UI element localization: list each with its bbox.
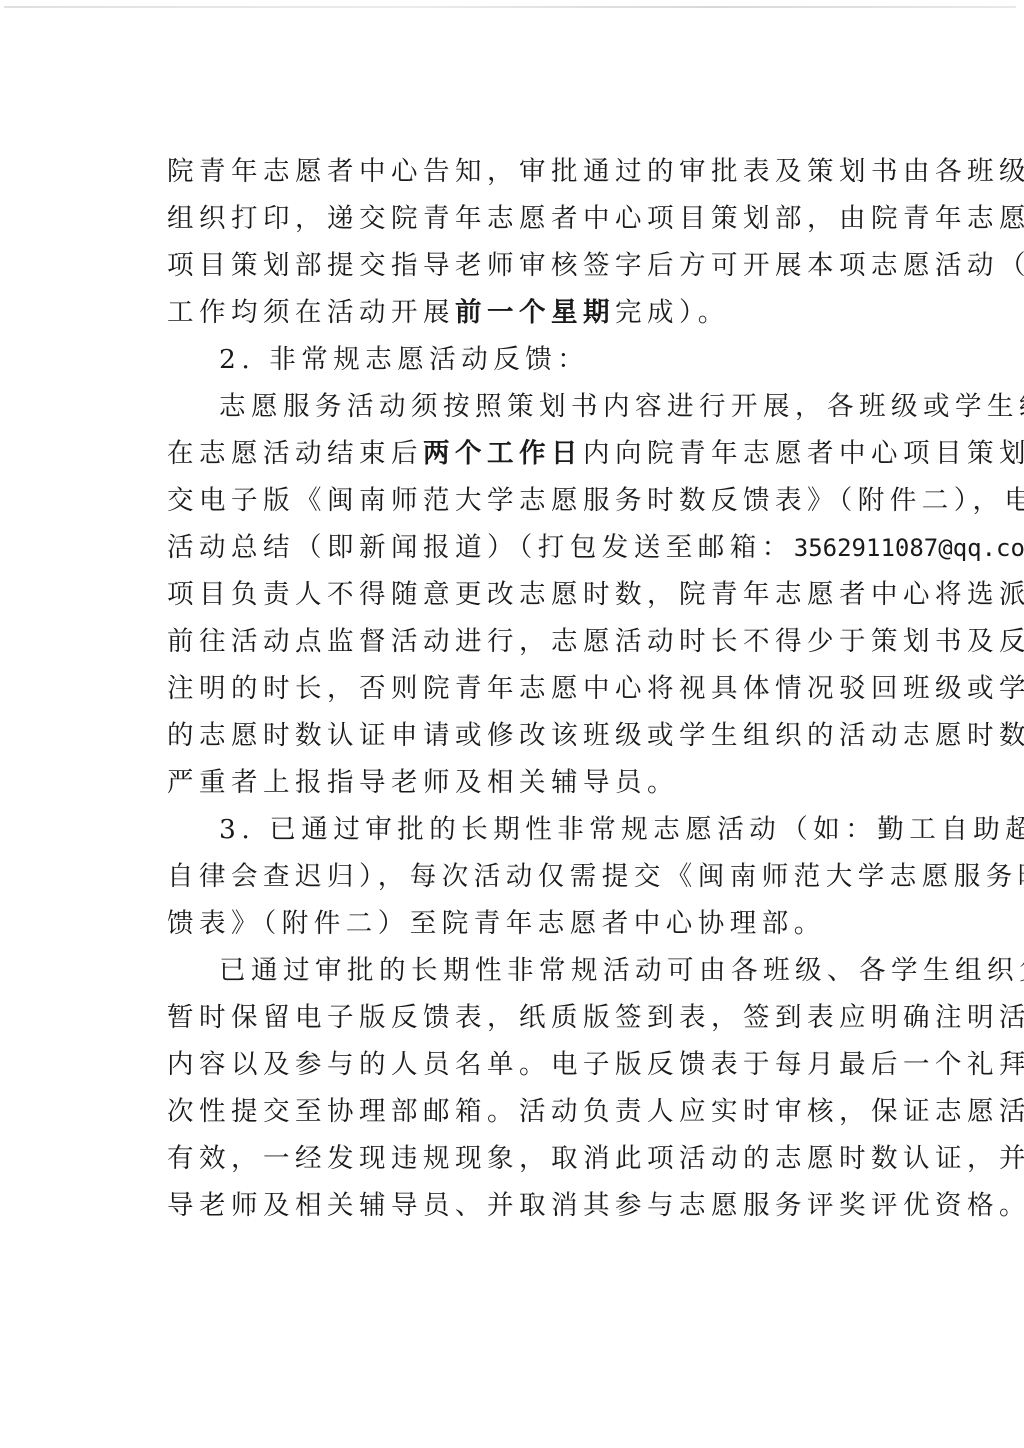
- scan-top-edge: [4, 6, 1016, 8]
- text-line: 交电子版《闽南师范大学志愿服务时数反馈表》（附件二），电子版: [167, 477, 883, 524]
- text-line: 严重者上报指导老师及相关辅导员。: [167, 759, 883, 806]
- text-line: 项目策划部提交指导老师审核签字后方可开展本项志愿活动（本审核: [167, 242, 883, 289]
- text-line: 院青年志愿者中心告知，审批通过的审批表及策划书由各班级或学生: [167, 148, 883, 195]
- emphasis-two-workdays: 两个工作日: [423, 438, 583, 469]
- text-span: 内向院青年志愿者中心项目策划部提: [583, 438, 1024, 469]
- text-line: 有效，一经发现违规现象，取消此项活动的志愿时数认证，并上报指: [167, 1135, 883, 1182]
- section-2-heading: 2. 非常规志愿活动反馈：: [167, 336, 883, 383]
- section-3: 3. 已通过审批的长期性非常规志愿活动（如：勤工自助超市、 自律会查迟归），每次…: [167, 806, 883, 947]
- paragraph-long-term-activities: 已通过审批的长期性非常规活动可由各班级、各学生组织负责人 暂时保留电子版反馈表，…: [167, 947, 883, 1229]
- text-span: 完成）。: [615, 297, 730, 328]
- text-line: 活动总结（即新闻报道）（打包发送至邮箱：3562911087@qq.com）。: [167, 524, 883, 571]
- text-line: 馈表》（附件二）至院青年志愿者中心协理部。: [167, 900, 883, 947]
- text-line: 次性提交至协理部邮箱。活动负责人应实时审核，保证志愿活动真实: [167, 1088, 883, 1135]
- text-line: 志愿服务活动须按照策划书内容进行开展，各班级或学生组织须: [167, 383, 883, 430]
- text-span: 工作均须在活动开展: [167, 297, 455, 328]
- paragraph-approval-continuation: 院青年志愿者中心告知，审批通过的审批表及策划书由各班级或学生 组织打印，递交院青…: [167, 148, 883, 336]
- text-line: 前往活动点监督活动进行，志愿活动时长不得少于策划书及反馈表内: [167, 618, 883, 665]
- email-address: 3562911087@qq.com: [794, 534, 1024, 562]
- text-span: 活动总结（即新闻报道）（打包发送至邮箱：: [167, 532, 794, 563]
- text-line: 自律会查迟归），每次活动仅需提交《闽南师范大学志愿服务时数反: [167, 853, 883, 900]
- text-line: 暂时保留电子版反馈表，纸质版签到表，签到表应明确注明活动时间: [167, 994, 883, 1041]
- section-2: 2. 非常规志愿活动反馈： 志愿服务活动须按照策划书内容进行开展，各班级或学生组…: [167, 336, 883, 806]
- text-line: 已通过审批的长期性非常规活动可由各班级、各学生组织负责人: [167, 947, 883, 994]
- text-line: 注明的时长，否则院青年志愿中心将视具体情况驳回班级或学生组织: [167, 665, 883, 712]
- emphasis-one-week-before: 前一个星期: [455, 297, 615, 328]
- section-3-heading-line: 3. 已通过审批的长期性非常规志愿活动（如：勤工自助超市、: [167, 806, 883, 853]
- text-line: 工作均须在活动开展前一个星期完成）。: [167, 289, 883, 336]
- text-line: 组织打印，递交院青年志愿者中心项目策划部，由院青年志愿者中心: [167, 195, 883, 242]
- document-page: 院青年志愿者中心告知，审批通过的审批表及策划书由各班级或学生 组织打印，递交院青…: [167, 148, 883, 1229]
- text-span: 在志愿活动结束后: [167, 438, 423, 469]
- text-line: 内容以及参与的人员名单。电子版反馈表于每月最后一个礼拜五前一: [167, 1041, 883, 1088]
- text-line: 导老师及相关辅导员、并取消其参与志愿服务评奖评优资格。: [167, 1182, 883, 1229]
- text-line: 在志愿活动结束后两个工作日内向院青年志愿者中心项目策划部提: [167, 430, 883, 477]
- text-line: 的志愿时数认证申请或修改该班级或学生组织的活动志愿时数，情节: [167, 712, 883, 759]
- text-line: 项目负责人不得随意更改志愿时数，院青年志愿者中心将选派志愿者: [167, 571, 883, 618]
